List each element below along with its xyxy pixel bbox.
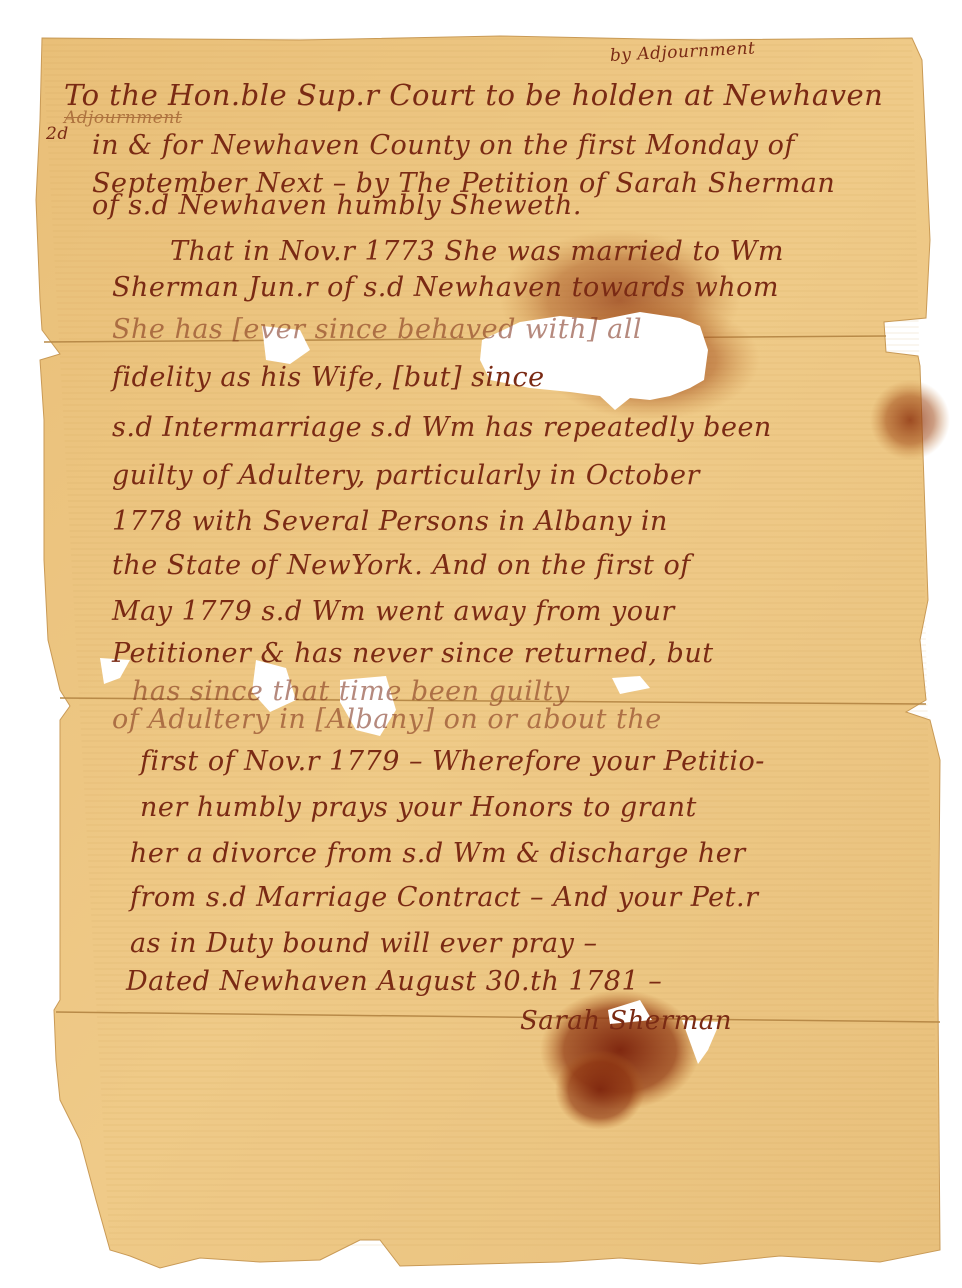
stain xyxy=(555,1050,645,1130)
text-line: That in Nov.r 1773 She was married to Wm xyxy=(170,236,784,267)
text-line: Dated Newhaven August 30.th 1781 – xyxy=(126,966,662,997)
text-line: ner humbly prays your Honors to grant xyxy=(140,792,697,823)
text-line: She has [ever since behaved with] all xyxy=(112,314,642,345)
text-line: guilty of Adultery, particularly in Octo… xyxy=(112,460,700,491)
text-line: 1778 with Several Persons in Albany in xyxy=(112,506,668,537)
text-line: has since that time been guilty xyxy=(132,676,570,707)
text-line: from s.d Marriage Contract – And your Pe… xyxy=(130,882,759,913)
text-line: in & for Newhaven County on the first Mo… xyxy=(92,130,795,161)
document-scan: by Adjournment Adjournment 2d To the Hon… xyxy=(0,0,962,1288)
text-line: of s.d Newhaven humbly Sheweth. xyxy=(92,190,582,221)
text-line: the State of NewYork. And on the first o… xyxy=(112,550,691,581)
text-line: Petitioner & has never since returned, b… xyxy=(112,638,714,669)
text-line: Sherman Jun.r of s.d Newhaven towards wh… xyxy=(112,272,779,303)
text-line: To the Hon.ble Sup.r Court to be holden … xyxy=(64,78,883,112)
text-line: s.d Intermarriage s.d Wm has repeatedly … xyxy=(112,412,772,443)
margin-mark: 2d xyxy=(46,124,69,144)
text-line: of Adultery in [Albany] on or about the xyxy=(112,704,662,735)
text-line: her a divorce from s.d Wm & discharge he… xyxy=(130,838,746,869)
stain xyxy=(870,380,950,460)
text-line: May 1779 s.d Wm went away from your xyxy=(112,596,675,627)
text-line: fidelity as his Wife, [but] since xyxy=(112,362,545,393)
text-line: as in Duty bound will ever pray – xyxy=(130,928,597,959)
signature: Sarah Sherman xyxy=(520,1006,732,1036)
text-line: first of Nov.r 1779 – Wherefore your Pet… xyxy=(140,746,765,777)
